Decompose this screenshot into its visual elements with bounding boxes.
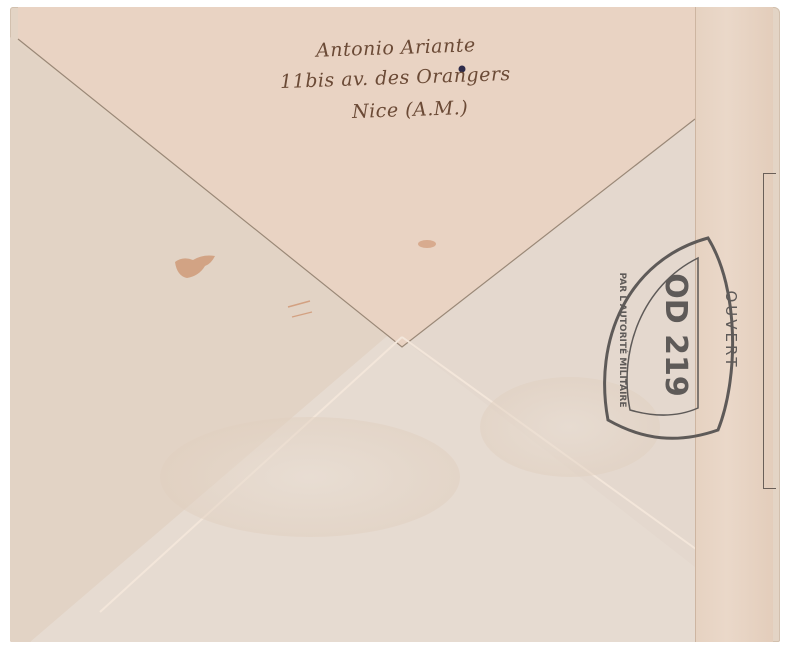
stamp-outer-text: OUVERT bbox=[722, 290, 738, 369]
sender-city: Nice (A.M.) bbox=[352, 97, 469, 123]
tape-printed-frame bbox=[763, 173, 776, 489]
stamp-inner-text: PAR L'AUTORITÉ MILITAIRE bbox=[617, 273, 629, 408]
stamp-number: OD 219 bbox=[658, 273, 693, 396]
censor-stamp: OD 219 PAR L'AUTORITÉ MILITAIRE OUVERT bbox=[588, 230, 738, 450]
